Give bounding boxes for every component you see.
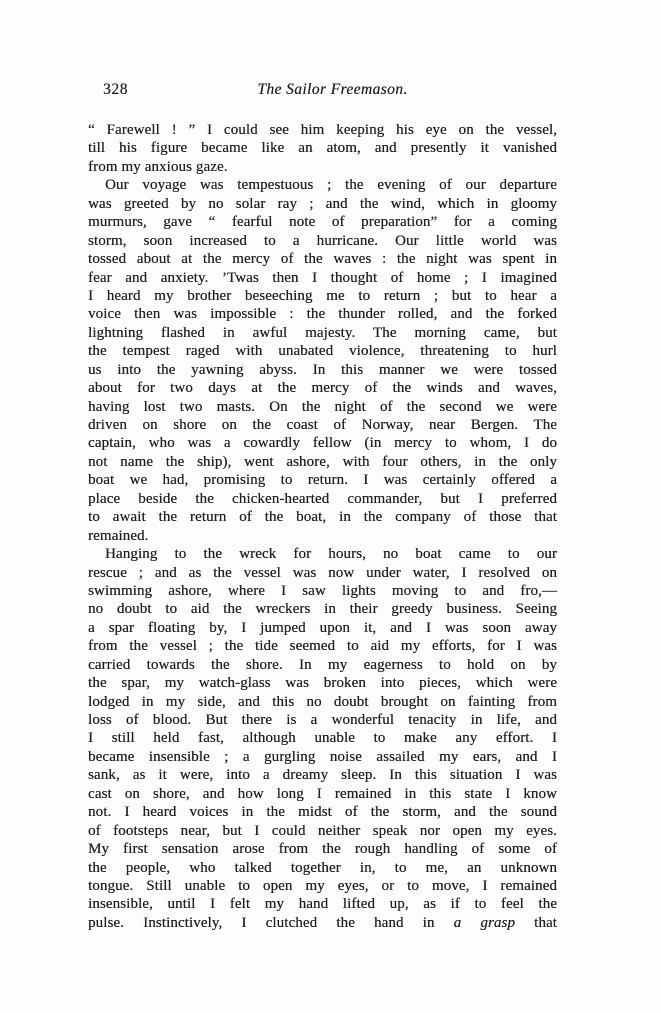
text-line: remained. [88,527,557,545]
text-line: not. I heard voices in the midst of the … [88,803,557,821]
text-line: not name the ship), went ashore, with fo… [88,453,557,471]
text-line: tossed about at the mercy of the waves :… [88,250,557,268]
text-line: My first sensation arose from the rough … [88,840,557,858]
text-line: pulse. Instinctively, I clutched the han… [88,914,557,932]
paragraph: “ Farewell ! ” I could see him keeping h… [88,121,557,176]
text-line: storm, soon increased to a hurricane. Ou… [88,232,557,250]
text-line: rescue ; and as the vessel was now under… [88,564,557,582]
text-line: cast on shore, and how long I remained i… [88,785,557,803]
text-line: about for two days at the mercy of the w… [88,379,557,397]
text-line: voice then was impossible : the thunder … [88,305,557,323]
emphasized-text: a grasp [454,915,515,931]
text-line: till his figure became like an atom, and… [88,139,557,157]
text-line: place beside the chicken-hearted command… [88,490,557,508]
text-line: lodged in my side, and this no doubt bro… [88,693,557,711]
text-line: boat we had, promising to return. I was … [88,471,557,489]
page-header: 328 The Sailor Freemason. [88,81,557,103]
text-line: from the vessel ; the tide seemed to aid… [88,637,557,655]
text-line: murmurs, gave “ fearful note of preparat… [88,213,557,231]
text-line: the tempest raged with unabated violence… [88,342,557,360]
text-line: tongue. Still unable to open my eyes, or… [88,877,557,895]
text-line: captain, who was a cowardly fellow (in m… [88,434,557,452]
text-line: Our voyage was tempestuous ; the evening… [88,176,557,194]
text-line: I heard my brother beseeching me to retu… [88,287,557,305]
text-line: us into the yawning abyss. In this manne… [88,361,557,379]
text-line: sank, as it were, into a dreamy sleep. I… [88,766,557,784]
text-segment: that [515,915,557,931]
text-block: “ Farewell ! ” I could see him keeping h… [88,121,557,932]
text-line: fear and anxiety. ’Twas then I thought o… [88,269,557,287]
text-line: loss of blood. But there is a wonderful … [88,711,557,729]
text-line: to await the return of the boat, in the … [88,508,557,526]
text-line: the spar, my watch-glass was broken into… [88,674,557,692]
running-title: The Sailor Freemason. [98,81,567,99]
text-line: carried towards the shore. In my eagerne… [88,656,557,674]
text-line: became insensible ; a gurgling noise ass… [88,748,557,766]
paragraph: Our voyage was tempestuous ; the evening… [88,176,557,545]
text-line: the people, who talked together in, to m… [88,859,557,877]
text-line: from my anxious gaze. [88,158,557,176]
text-line: a spar floating by, I jumped upon it, an… [88,619,557,637]
text-line: “ Farewell ! ” I could see him keeping h… [88,121,557,139]
text-line: swimming ashore, where I saw lights movi… [88,582,557,600]
text-line: Hanging to the wreck for hours, no boat … [88,545,557,563]
text-line: was greeted by no solar ray ; and the wi… [88,195,557,213]
text-line: lightning flashed in awful majesty. The … [88,324,557,342]
text-segment: pulse. Instinctively, I clutched the han… [88,915,454,931]
text-line: driven on shore on the coast of Norway, … [88,416,557,434]
text-line: I still held fast, although unable to ma… [88,729,557,747]
text-line: having lost two masts. On the night of t… [88,398,557,416]
paragraph: Hanging to the wreck for hours, no boat … [88,545,557,932]
text-line: no doubt to aid the wreckers in their gr… [88,600,557,618]
text-line: insensible, until I felt my hand lifted … [88,895,557,913]
book-page: 328 The Sailor Freemason. “ Farewell ! ”… [0,0,661,1013]
text-line: of footsteps near, but I could neither s… [88,822,557,840]
